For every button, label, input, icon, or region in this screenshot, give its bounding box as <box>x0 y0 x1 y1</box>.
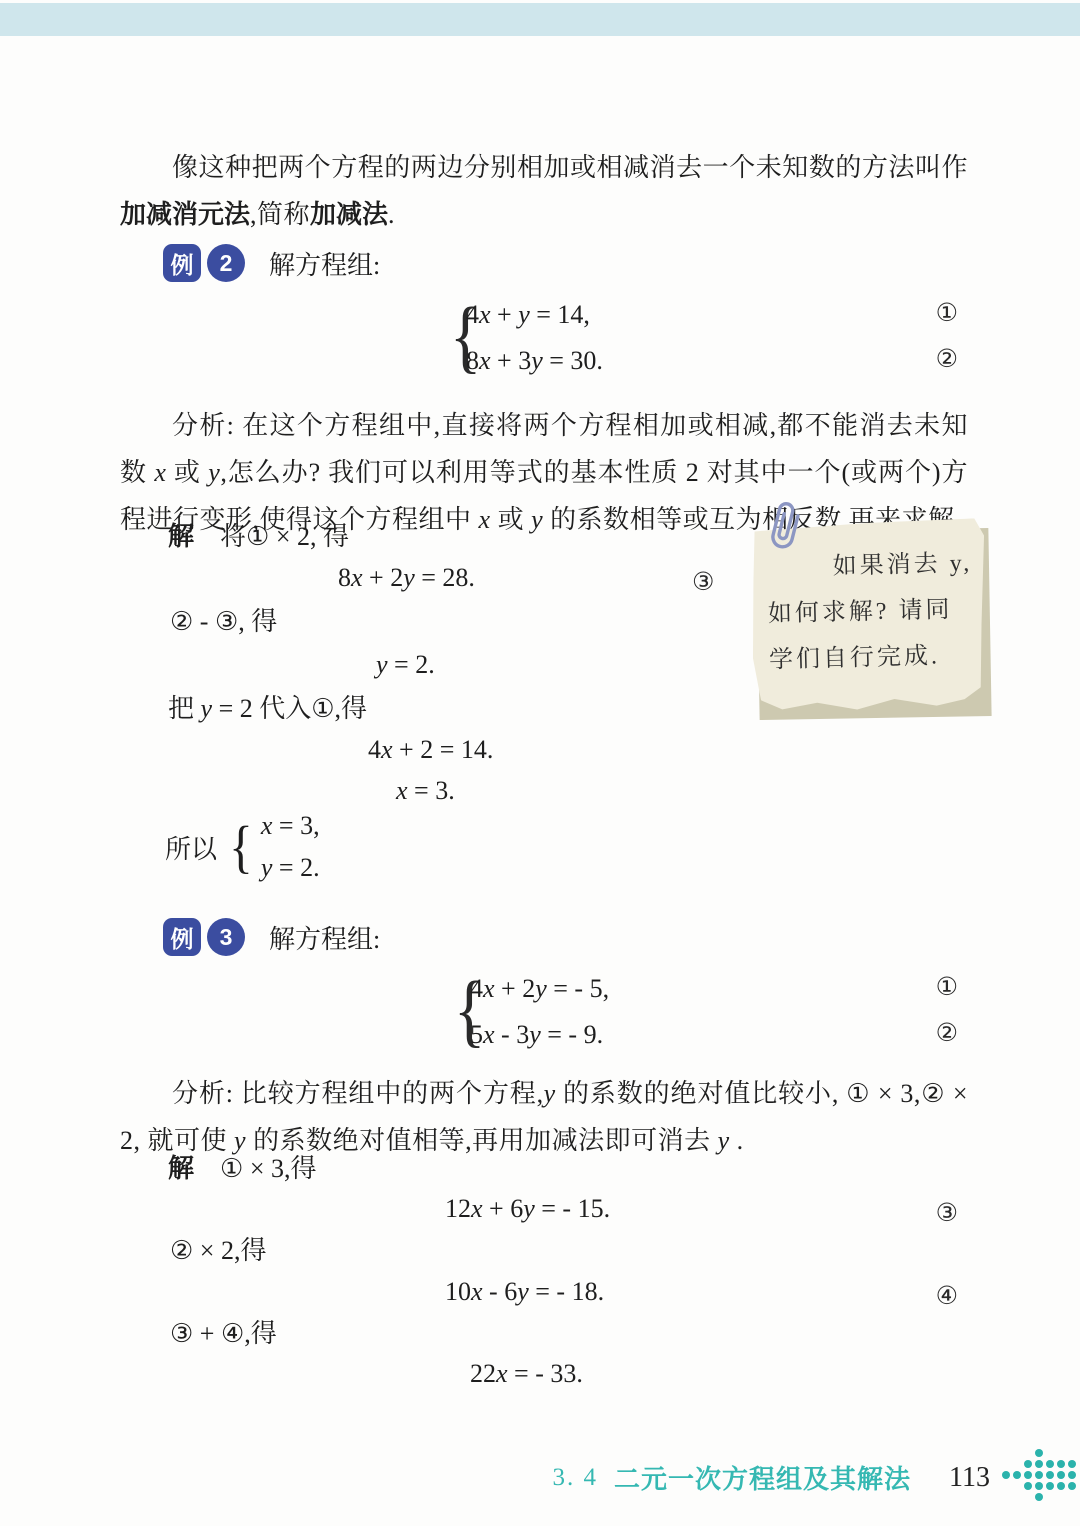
footer-section-number: 3. 4 <box>553 1464 599 1492</box>
conclusion-label: 所以 <box>165 829 217 866</box>
example-3-header: 例 3 解方程组: <box>163 918 380 956</box>
equation: x = 3, <box>261 805 320 847</box>
equation: 4x + 2y = - 5, <box>470 966 609 1012</box>
equation: 22x = - 33. <box>470 1352 583 1396</box>
solution-step: 把 y = 2 代入①,得 <box>168 687 367 731</box>
footer-section-title: 二元一次方程组及其解法 <box>614 1459 911 1496</box>
footer-page-number: 113 <box>949 1462 990 1494</box>
equation: y = 2. <box>376 643 435 687</box>
brace-glyph: { <box>229 804 253 890</box>
solve-label: 解 <box>168 521 194 551</box>
equation: 8x + 2y = 28. <box>338 556 475 600</box>
equation-number: ① <box>936 972 958 1001</box>
solution-step: ② - ③, 得 <box>170 600 277 644</box>
note-text: 如何求解? 请同 <box>767 586 972 637</box>
example-title: 解方程组: <box>269 245 380 282</box>
example-number-badge: 3 <box>207 918 245 956</box>
equation-number: ② <box>936 344 958 373</box>
equation-row: 10x - 6y = - 18. ④ <box>120 1270 968 1314</box>
equation-number: ① <box>936 298 958 327</box>
step-text: 将① × 2, 得 <box>220 522 349 551</box>
example-number-badge: 2 <box>207 244 245 282</box>
equation-number: ④ <box>936 1274 958 1318</box>
example-2-header: 例 2 解方程组: <box>163 244 380 282</box>
dots-arrow-icon <box>1000 1446 1078 1509</box>
solution-step: 解① × 3,得 <box>168 1146 317 1190</box>
term-addsub-method: 加减法 <box>310 199 388 229</box>
page-content: 像这种把两个方程的两边分别相加或相减消去一个未知数的方法叫作加减消元法,简称加减… <box>120 0 968 1526</box>
textbook-page: 像这种把两个方程的两边分别相加或相减消去一个未知数的方法叫作加减消元法,简称加减… <box>0 0 1080 1526</box>
equation: 4x + y = 14, <box>466 292 590 338</box>
solve-label: 解 <box>168 1153 194 1183</box>
example-badge-icon: 例 <box>163 918 201 956</box>
example-title: 解方程组: <box>269 919 380 956</box>
equation: 8x + 3y = 30. <box>466 338 603 384</box>
solution-step: 解将① × 2, 得 <box>168 514 349 558</box>
intro-text: 像这种把两个方程的两边分别相加或相减消去一个未知数的方法叫作 <box>172 153 968 182</box>
equation-row: 12x + 6y = - 15. ③ <box>120 1187 968 1231</box>
equation: y = 2. <box>261 847 320 889</box>
note-text: 学们自行完成. <box>768 632 973 683</box>
intro-text: ,简称 <box>250 200 310 229</box>
page-footer: 3. 4 二元一次方程组及其解法 113 <box>553 1446 1078 1509</box>
equation-number: ③ <box>692 560 714 604</box>
term-elimination-method: 加减消元法 <box>120 199 250 229</box>
intro-text: . <box>388 200 395 229</box>
conclusion-block: 所以 { x = 3, y = 2. <box>165 804 320 890</box>
equation: 4x + 2 = 14. <box>368 728 493 772</box>
equation: x = 3. <box>396 769 455 813</box>
equation-system-ex2: { 4x + y = 14, ① 8x + 3y = 30. ② <box>120 292 968 386</box>
equation-number: ② <box>936 1018 958 1047</box>
equation-number: ③ <box>936 1191 958 1235</box>
equation: 5x - 3y = - 9. <box>470 1012 603 1058</box>
equation-row: 22x = - 33. <box>120 1352 968 1396</box>
solution-step: ③ + ④,得 <box>170 1312 277 1356</box>
equation: 12x + 6y = - 15. <box>445 1187 610 1231</box>
equation-row: 4x + 2 = 14. <box>120 728 968 772</box>
step-text: ① × 3,得 <box>220 1154 316 1183</box>
conclusion-equations: x = 3, y = 2. <box>261 805 320 889</box>
equation: 10x - 6y = - 18. <box>445 1270 604 1314</box>
intro-paragraph: 像这种把两个方程的两边分别相加或相减消去一个未知数的方法叫作加减消元法,简称加减… <box>120 144 968 238</box>
example-badge-icon: 例 <box>163 244 201 282</box>
solution-step: ② × 2,得 <box>170 1229 266 1273</box>
equation-system-ex3: { 4x + 2y = - 5, ① 5x - 3y = - 9. ② <box>120 966 968 1060</box>
